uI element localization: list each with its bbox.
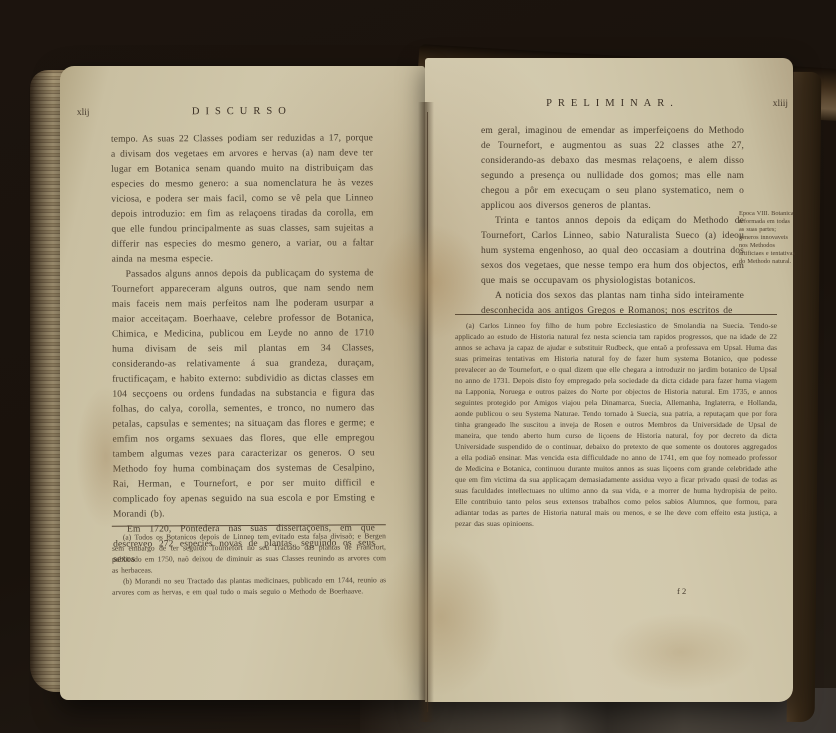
right-folio: xliij (773, 99, 788, 109)
left-page-body: tempo. As suas 22 Classes podiam ser red… (111, 131, 375, 567)
footnote: (b) Morandi no seu Tractado das plantas … (112, 574, 386, 597)
left-page: xlij DISCURSO tempo. As suas 22 Classes … (60, 66, 425, 700)
left-page-footnotes: (a) Todos os Botanicos depois de Linneo … (112, 524, 386, 597)
right-page-body: em geral, imaginou de emendar as imperfe… (481, 124, 744, 319)
footnote-rule (455, 314, 777, 315)
paragraph: tempo. As suas 22 Classes podiam ser red… (111, 131, 374, 267)
gutter-shadow (418, 102, 434, 722)
left-folio: xlij (77, 108, 90, 118)
paragraph: Passados alguns annos depois da publicaç… (112, 266, 375, 522)
paragraph: em geral, imaginou de emendar as imperfe… (481, 124, 744, 214)
open-book: xlij DISCURSO tempo. As suas 22 Classes … (26, 42, 816, 704)
left-page-header: xlij DISCURSO (111, 105, 373, 122)
footnote: (a) Carlos Linneo foy filho de hum pobre… (455, 320, 777, 529)
right-page: PRELIMINAR. xliij em geral, imaginou de … (425, 58, 793, 702)
right-page-header: PRELIMINAR. xliij (481, 98, 744, 114)
signature-mark: f 2 (677, 586, 686, 596)
paragraph: Trinta e tantos annos depois da ediçam d… (481, 214, 744, 289)
margin-note: Epoca VIII. Botanica reformada em todas … (739, 210, 795, 266)
right-page-content: PRELIMINAR. xliij em geral, imaginou de … (481, 98, 744, 319)
footnote: (a) Todos os Botanicos depois de Linneo … (112, 530, 386, 575)
gutter-crease (427, 112, 428, 712)
left-running-title: DISCURSO (111, 105, 373, 117)
right-running-title: PRELIMINAR. (481, 98, 744, 109)
footnote-rule (112, 524, 386, 526)
left-page-content: xlij DISCURSO tempo. As suas 22 Classes … (111, 105, 375, 567)
right-page-footnotes: (a) Carlos Linneo foy filho de hum pobre… (455, 314, 777, 529)
